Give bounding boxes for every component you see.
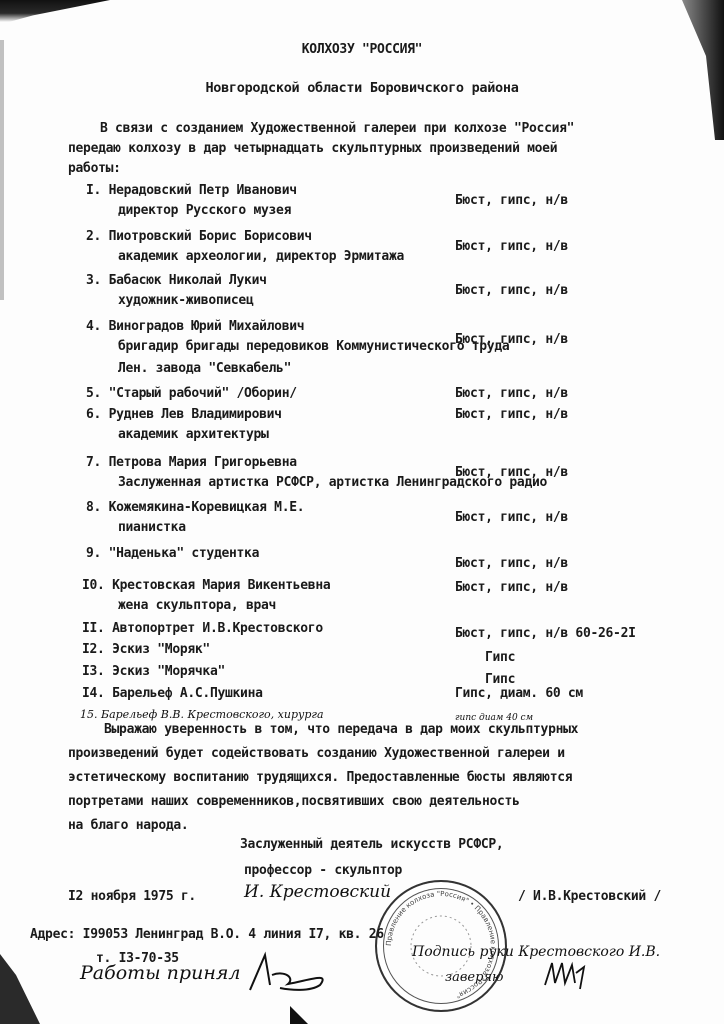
typed-signature: / И.В.Крестовский /	[518, 889, 661, 904]
document-date: I2 ноября 1975 г.	[68, 889, 196, 904]
item-material: Бюст, гипс, н/в	[455, 407, 568, 422]
closing-line-3: эстетическому воспитанию трудящихся. Пре…	[68, 770, 572, 785]
addressee-line-2: Новгородской области Боровичского района	[0, 80, 724, 96]
item-material: Бюст, гипс, н/в	[455, 580, 568, 595]
item-material: Гипс	[485, 672, 515, 687]
item-material: Бюст, гипс, н/в	[455, 465, 568, 480]
item-material: Бюст, гипс, н/в	[455, 386, 568, 401]
item-name: 3. Бабасюк Николай Лукич	[86, 273, 267, 288]
item-name: I0. Крестовская Мария Викентьевна	[82, 578, 330, 593]
item-material: Гипс	[485, 650, 515, 665]
item-material: Бюст, гипс, н/в	[455, 510, 568, 525]
item-description: академик археологии, директор Эрмитажа	[118, 249, 404, 264]
item-description: Лен. завода "Севкабель"	[118, 361, 291, 376]
item-name: 4. Виноградов Юрий Михайлович	[86, 319, 304, 334]
addressee-line-1: КОЛХОЗУ "РОССИЯ"	[0, 42, 724, 57]
receiver-signature	[240, 950, 340, 1000]
author-title-line-1: Заслуженный деятель искусств РСФСР,	[240, 837, 503, 852]
item-name: I2. Эскиз "Моряк"	[82, 642, 210, 657]
item-material: Бюст, гипс, н/в	[455, 283, 568, 298]
item-name: 5. "Старый рабочий" /Оборин/	[86, 386, 297, 401]
item-description: директор Русского музея	[118, 203, 291, 218]
photo-edge-shadow	[290, 1006, 308, 1024]
closing-line-1: Выражаю уверенность в том, что передача …	[104, 722, 578, 737]
item-name: 6. Руднев Лев Владимирович	[86, 407, 282, 422]
item-description: академик архитектуры	[118, 427, 269, 442]
item-material: Бюст, гипс, н/в	[455, 332, 568, 347]
item-name: 9. "Наденька" студентка	[86, 546, 259, 561]
item-name: 2. Пиотровский Борис Борисович	[86, 229, 312, 244]
closing-line-5: на благо народа.	[68, 818, 188, 833]
item-name: 8. Кожемякина-Коревицкая М.Е.	[86, 500, 304, 515]
certify-note-line-2: заверяю	[445, 970, 503, 985]
author-title-line-2: профессор - скульптор	[244, 863, 402, 878]
item-material: Гипс, диам. 60 см	[455, 686, 583, 701]
intro-line-2: передаю колхозу в дар четырнадцать скуль…	[68, 141, 557, 156]
closing-line-4: портретами наших современников,посвятивш…	[68, 794, 520, 809]
item-name: 7. Петрова Мария Григорьевна	[86, 455, 297, 470]
photo-edge-shadow	[0, 954, 40, 1024]
item-name: I3. Эскиз "Морячка"	[82, 664, 225, 679]
handwritten-signature: И. Крестовский	[244, 882, 391, 902]
item-description: жена скульптора, врач	[118, 598, 276, 613]
received-note: Работы принял	[80, 962, 241, 984]
address: Адрес: I99053 Ленинград В.О. 4 линия I7,…	[30, 927, 384, 942]
intro-line-3: работы:	[68, 161, 121, 176]
closing-line-2: произведений будет содействовать создани…	[68, 746, 565, 761]
item-description: художник-живописец	[118, 293, 253, 308]
certify-note-line-1: Подпись руки Крестовского И.В.	[412, 944, 660, 960]
item-description: бригадир бригады передовиков Коммунистич…	[118, 339, 509, 354]
certifier-signature	[540, 955, 590, 995]
document-page: КОЛХОЗУ "РОССИЯ" Новгородской области Бо…	[0, 0, 724, 1024]
item-name: I. Нерадовский Петр Иванович	[86, 183, 297, 198]
item-material: Бюст, гипс, н/в 60-26-2I	[455, 626, 636, 641]
photo-edge-shadow	[0, 40, 4, 300]
handwritten-item-15: 15. Барельеф В.В. Крестовского, хирурга	[80, 708, 324, 721]
photo-edge-shadow	[664, 0, 724, 140]
item-material: Бюст, гипс, н/в	[455, 556, 568, 571]
intro-line-1: В связи с созданием Художественной галер…	[100, 121, 574, 136]
item-name: I4. Барельеф А.С.Пушкина	[82, 686, 263, 701]
item-name: II. Автопортрет И.В.Крестовского	[82, 621, 323, 636]
item-material: Бюст, гипс, н/в	[455, 239, 568, 254]
photo-edge-shadow	[0, 0, 110, 22]
item-description: пианистка	[118, 520, 186, 535]
item-material: Бюст, гипс, н/в	[455, 193, 568, 208]
